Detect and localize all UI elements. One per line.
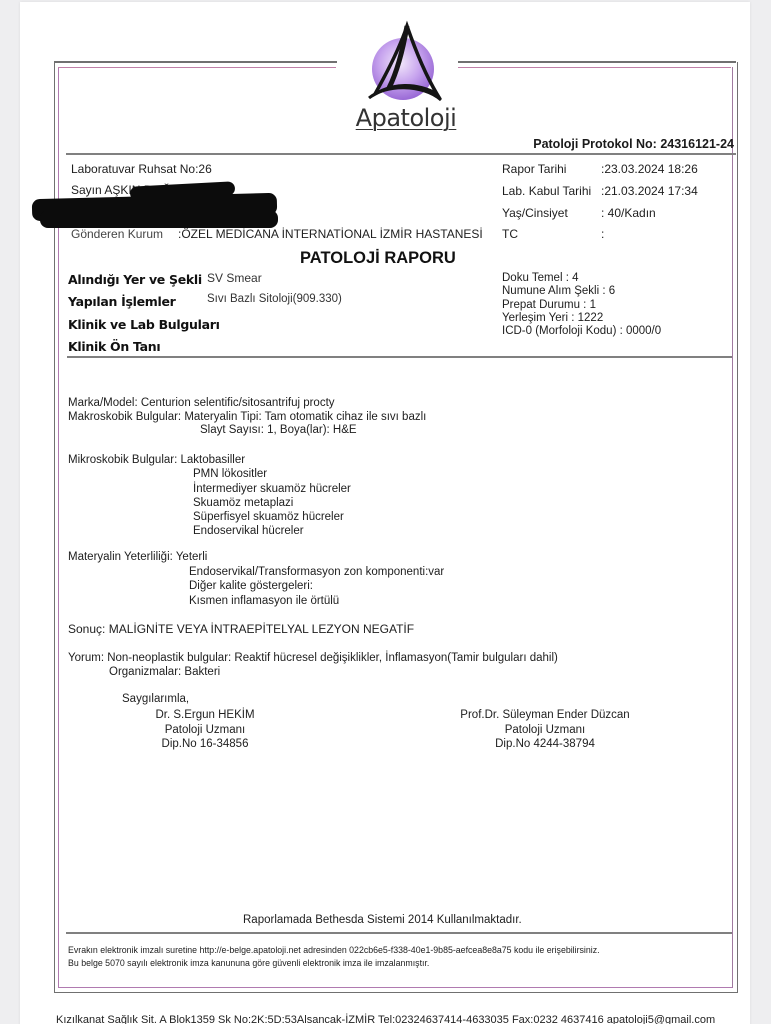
redaction-mark [40,210,278,228]
signer-diploma: Dip.No 4244-38794 [440,737,650,752]
esign-note: Evrakın elektronik imzalı suretine http:… [68,944,600,969]
adequacy-item: Diğer kalite göstergeleri: [189,579,444,594]
sender-value: :ÖZEL MEDİCANA İNTERNATİONAL İZMİR HASTA… [178,227,483,241]
lab-accept-date-label: Lab. Kabul Tarihi [502,184,591,198]
lab-license: Laboratuvar Ruhsat No:26 [71,162,212,176]
code-location: Yerleşim Yeri : 1222 [502,312,661,325]
protocol-number: Patoloji Protokol No: 24316121-24 [533,137,734,151]
frame-top-line [58,67,336,68]
esign-law-line: Bu belge 5070 sayılı elektronik imza kan… [68,957,600,970]
codes-block: Doku Temel : 4 Numune Alım Şekli : 6 Pre… [502,272,661,338]
divider [67,356,732,358]
macro-findings: Makroskobik Bulgular: Materyalin Tipi: T… [68,411,426,425]
adequacy-item: Kısmen inflamasyon ile örtülü [189,594,444,609]
signer-diploma: Dip.No 16-34856 [140,737,270,752]
adequacy-label: Materyalin Yeterliliği: Yeterli [68,550,444,565]
micro-item: Endoservikal hücreler [193,524,351,538]
field-value-sample-site: SV Smear [207,271,262,285]
result: Sonuç: MALİGNİTE VEYA İNTRAEPİTELYAL LEZ… [68,622,414,636]
micro-item: İntermediyer skuamöz hücreler [193,482,351,496]
signer-title: Patoloji Uzmanı [440,723,650,738]
logo-wordmark: Apatoloji [350,104,462,132]
code-icd-morphology: ICD-0 (Morfoloji Kodu) : 0000/0 [502,325,661,338]
divider [66,932,732,934]
slide-count: Slayt Sayısı: 1, Boya(lar): H&E [68,424,426,438]
code-prep-status: Prepat Durumu : 1 [502,299,661,312]
age-sex-label: Yaş/Cinsiyet [502,206,568,220]
lab-accept-date-value: :21.03.2024 17:34 [601,184,698,198]
frame-top-line [458,67,731,68]
adequacy-section: Materyalin Yeterliliği: Yeterli Endoserv… [68,550,444,608]
signer-title: Patoloji Uzmanı [140,723,270,738]
greeting: Saygılarımla, [122,693,189,705]
address-line: Kızılkanat Sağlık Sit. A Blok1359 Sk No:… [56,1014,715,1024]
report-date-label: Rapor Tarihi [502,162,566,176]
micro-section: Mikroskobik Bulgular: Laktobasiller PMN … [68,453,351,539]
code-sample-method: Numune Alım Şekli : 6 [502,285,661,298]
field-label-preliminary-diagnosis: Klinik Ön Tanı [68,339,160,354]
field-label-procedures: Yapılan İşlemler [68,294,176,309]
signature-right: Prof.Dr. Süleyman Ender Düzcan Patoloji … [440,708,650,752]
comment: Yorum: Non-neoplastik bulgular: Reaktif … [68,651,558,665]
tc-label: TC [502,227,518,241]
field-label-sample-site: Alındığı Yer ve Şekli [68,272,202,287]
field-value-procedures: Sıvı Bazlı Sitoloji(909.330) [207,293,342,305]
sender-label: Gönderen Kurum [71,227,163,241]
age-sex-value: : 40/Kadın [601,206,656,220]
bethesda-note: Raporlamada Bethesda Sistemi 2014 Kullan… [243,914,522,926]
micro-item: Skuamöz metaplazi [193,496,351,510]
comment-section: Yorum: Non-neoplastik bulgular: Reaktif … [68,651,558,679]
brand-model: Marka/Model: Centurion selentific/sitosa… [68,397,426,411]
micro-findings-label: Mikroskobik Bulgular: Laktobasiller [68,453,351,467]
tc-value: : [601,227,604,241]
signer-name: Dr. S.Ergun HEKİM [140,708,270,723]
report-date-value: :23.03.2024 18:26 [601,162,698,176]
report-title: PATOLOJİ RAPORU [300,249,456,268]
micro-item: PMN lökositler [193,467,351,481]
esign-link-line: Evrakın elektronik imzalı suretine http:… [68,944,600,957]
field-label-clinical-findings: Klinik ve Lab Bulguları [68,317,220,332]
signature-left: Dr. S.Ergun HEKİM Patoloji Uzmanı Dip.No… [140,708,270,752]
frame-top-line [458,61,736,63]
frame-top-line [54,61,337,63]
divider [66,153,736,155]
macro-section: Marka/Model: Centurion selentific/sitosa… [68,397,426,438]
code-tissue: Doku Temel : 4 [502,272,661,285]
micro-item: Süperfisyel skuamöz hücreler [193,510,351,524]
adequacy-item: Endoservikal/Transformasyon zon komponen… [189,565,444,580]
signer-name: Prof.Dr. Süleyman Ender Düzcan [440,708,650,723]
organisms: Organizmalar: Bakteri [68,665,558,679]
